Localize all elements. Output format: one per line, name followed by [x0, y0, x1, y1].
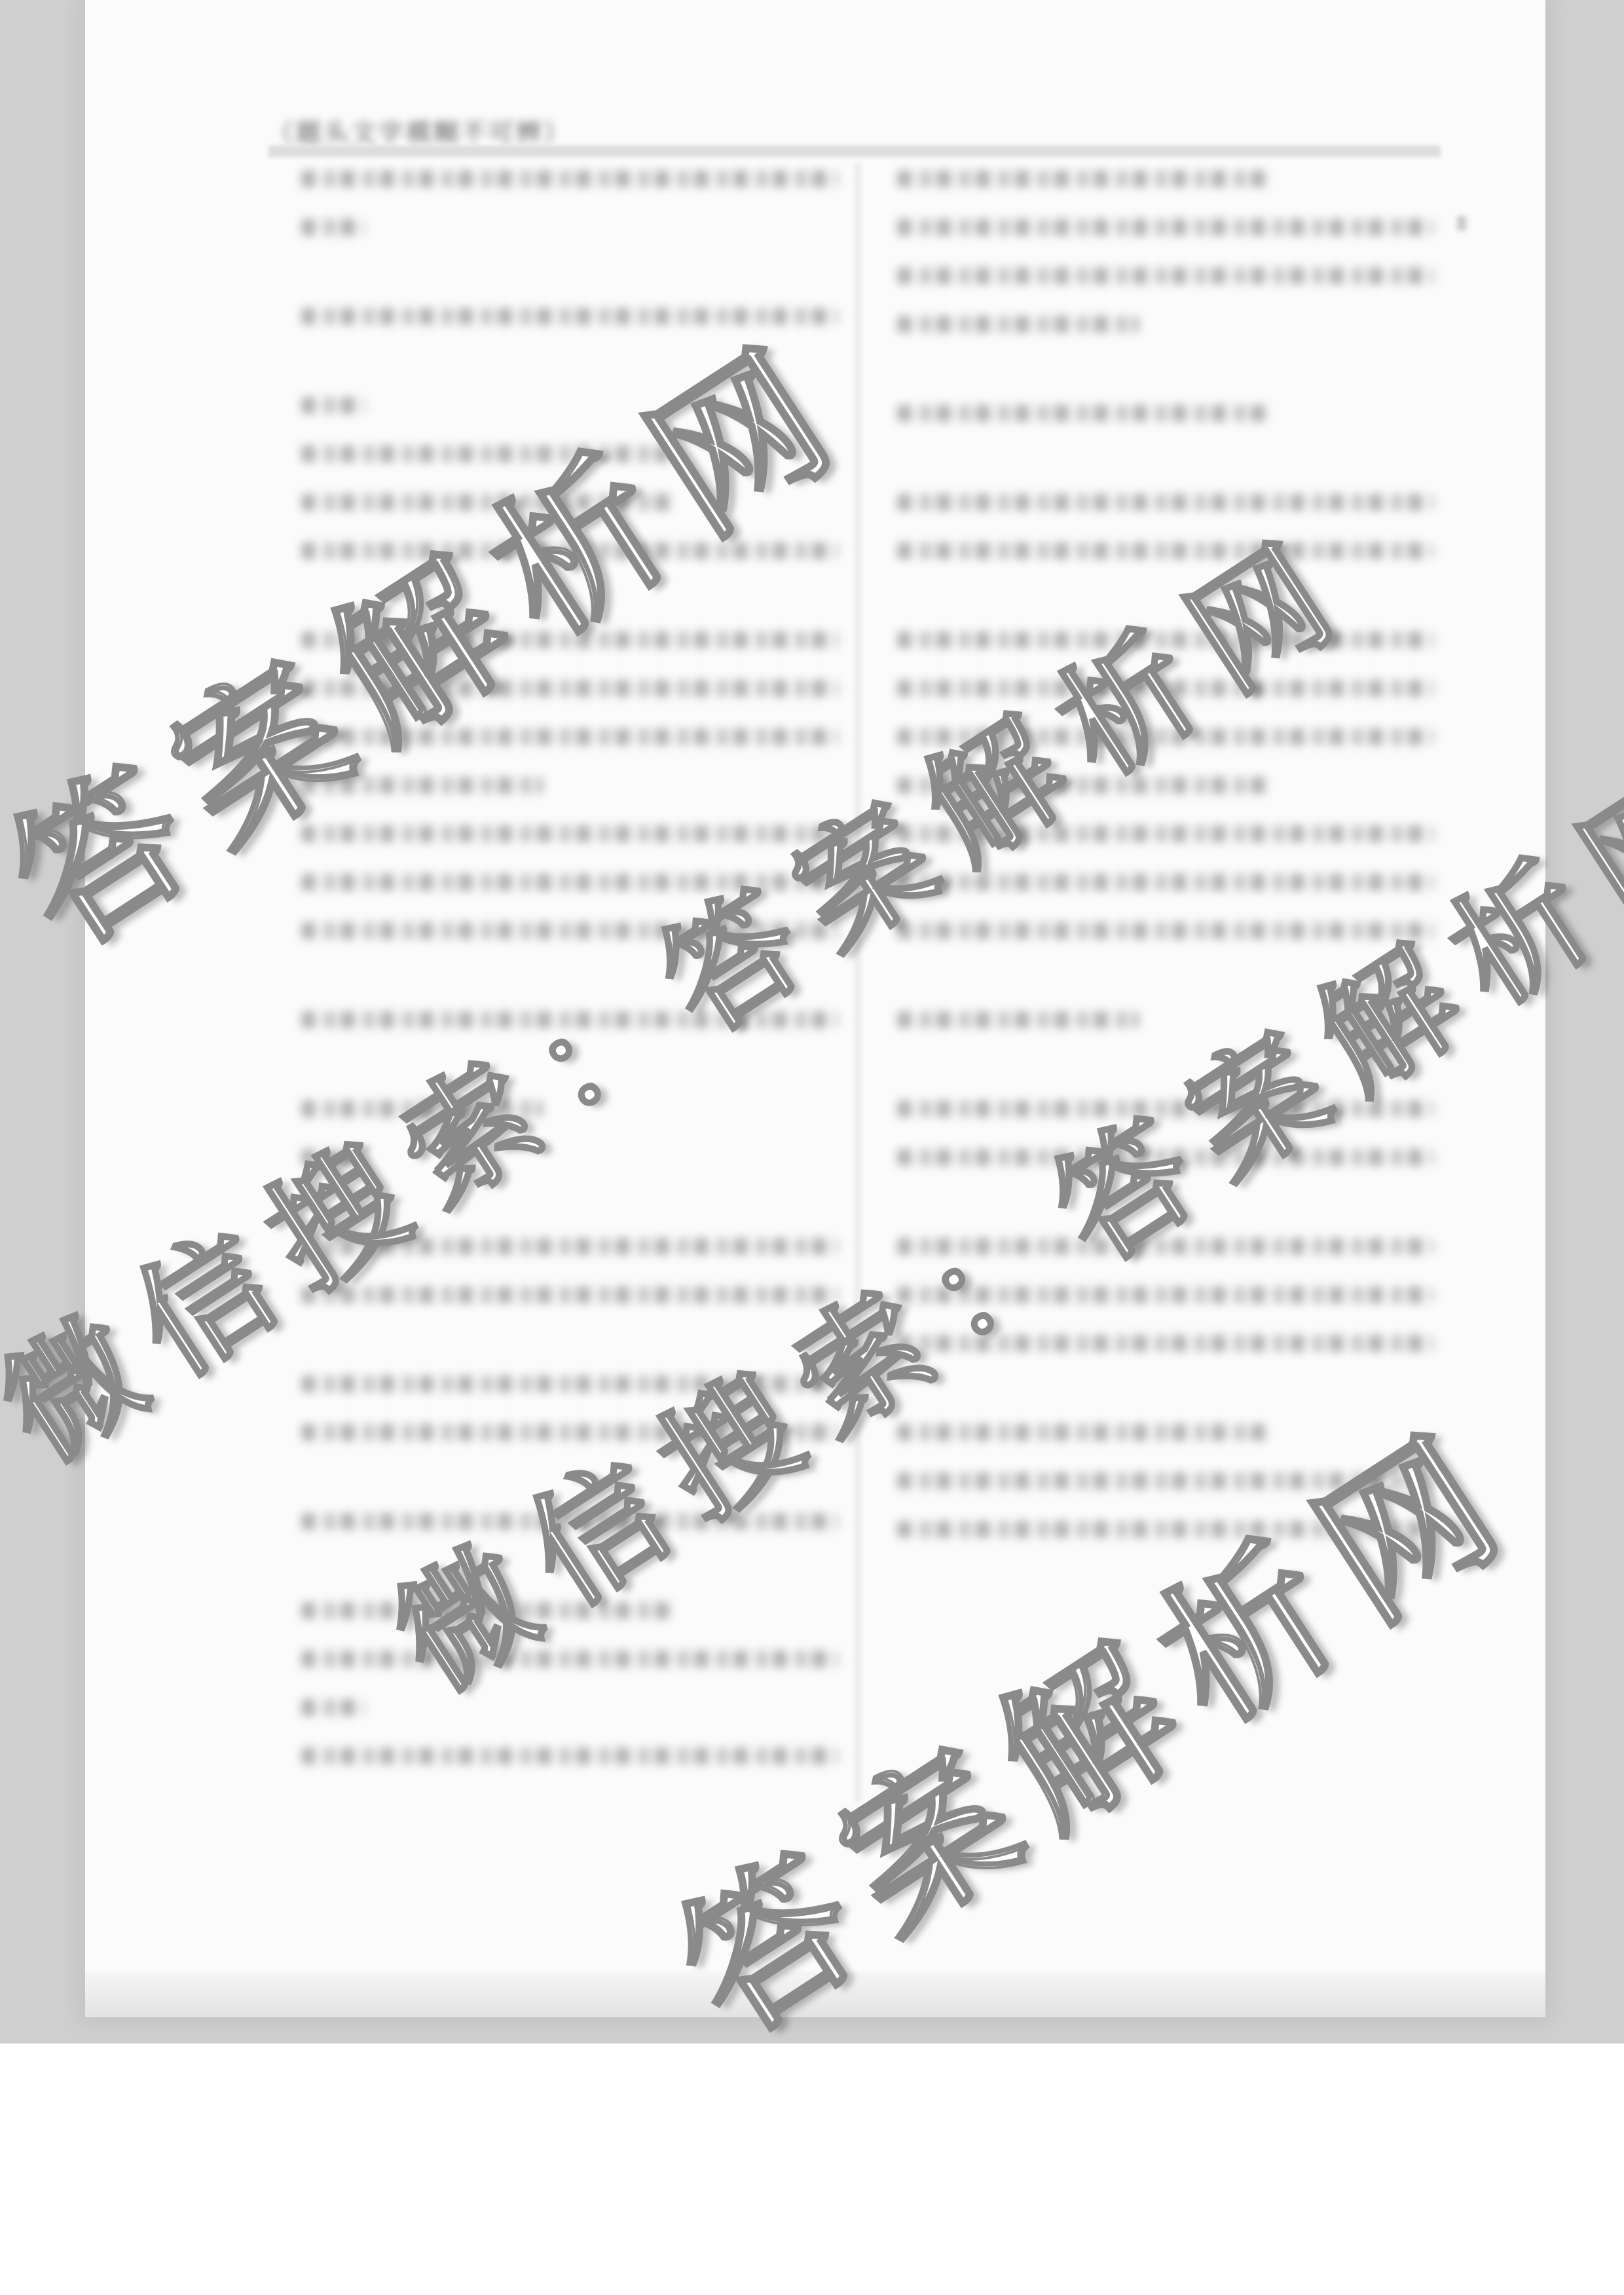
text-line: [301, 1747, 838, 1764]
text-line: [897, 267, 1434, 284]
text-line: [301, 170, 838, 187]
text-line: [897, 219, 1434, 236]
text-line: [897, 405, 1273, 422]
margin-mark: [1457, 216, 1466, 231]
text-line: [301, 219, 365, 236]
text-line: [301, 1699, 365, 1716]
text-line: [897, 170, 1273, 187]
text-line: [897, 1011, 1139, 1028]
text-line: [301, 397, 365, 414]
text-line: [897, 316, 1139, 333]
header-rule: [268, 145, 1441, 157]
text-line: [897, 494, 1434, 511]
text-line: [301, 1651, 838, 1668]
column-divider: [855, 164, 861, 1801]
text-line: [897, 1424, 1273, 1441]
page-header: （题头文字模糊不可辨）: [268, 113, 571, 149]
